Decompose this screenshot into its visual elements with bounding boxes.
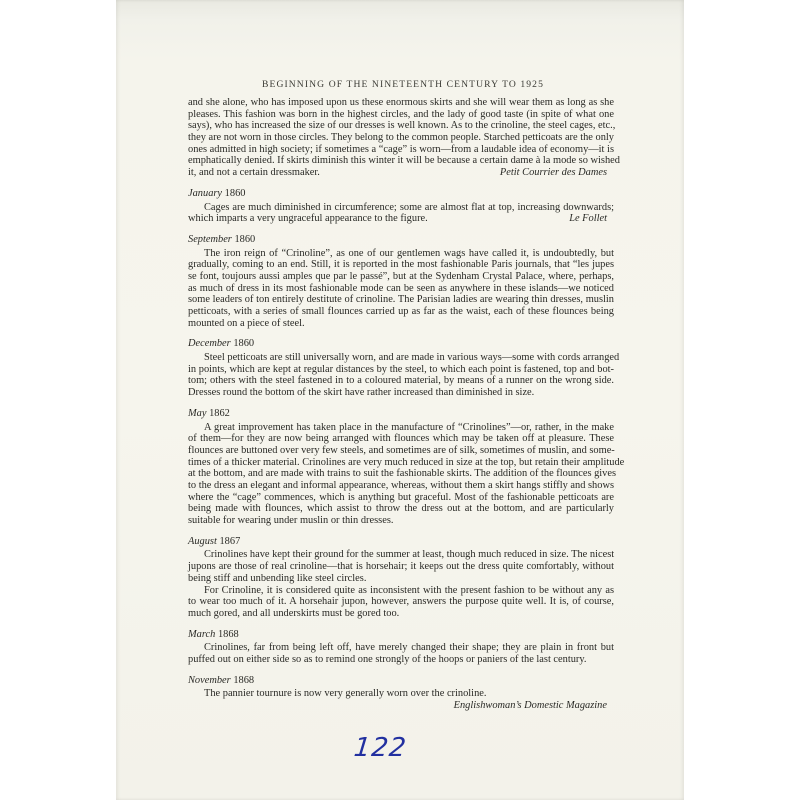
entry-year: 1860 <box>234 234 255 245</box>
text-line: suitable for wearing under muslin or thi… <box>188 515 614 527</box>
text-line: The iron reign of “Crinoline”, as one of… <box>188 248 614 260</box>
entry-month: December <box>188 338 231 349</box>
text-line: mounted on a piece of steel. <box>188 318 614 330</box>
entry-date: August 1867 <box>188 536 614 548</box>
text-line: ones admitted in high society; if someti… <box>188 144 614 156</box>
text-fragment: it, and not a certain dressmaker. <box>188 167 320 178</box>
text-line: flounces are buttoned over very few stee… <box>188 445 614 457</box>
entry-date: November 1868 <box>188 675 614 687</box>
text-line: to wear too much of it. A horsehair jupo… <box>188 596 614 608</box>
text-line: at the bottom, and are made with trains … <box>188 468 614 480</box>
text-line: and she alone, who has imposed upon us t… <box>188 97 614 109</box>
entry-date: March 1868 <box>188 629 614 641</box>
text-line: to the dress an elegant and informal app… <box>188 480 614 492</box>
text-line: Cages are much diminished in circumferen… <box>188 202 614 214</box>
entry-paragraph: Steel petticoats are still universally w… <box>188 352 614 399</box>
entry-date: May 1862 <box>188 408 614 420</box>
text-line: says), who has increased the size of our… <box>188 120 614 132</box>
entry-month: January <box>188 188 222 199</box>
entry-year: 1867 <box>219 536 240 547</box>
text-line: it, and not a certain dressmaker. Petit … <box>188 167 614 179</box>
text-line: petticoats, with a series of small floun… <box>188 306 614 318</box>
text-line: For Crinoline, it is considered quite as… <box>188 585 614 597</box>
text-line: tom; others with the steel fastened in t… <box>188 375 614 387</box>
entry-month: March <box>188 629 215 640</box>
handwritten-page-number: 122 <box>352 733 408 763</box>
entry-date: December 1860 <box>188 338 614 350</box>
entry-year: 1860 <box>225 188 246 199</box>
text-line: they are not worn in those circles. They… <box>188 132 614 144</box>
entry-paragraph: The pannier tournure is now very general… <box>188 688 614 711</box>
entry-year: 1862 <box>209 408 230 419</box>
text-fragment: which imparts a very ungraceful appearan… <box>188 213 428 224</box>
text-line: pleases. This fashion was born in the hi… <box>188 109 614 121</box>
text-line: being made with flounces, which assist t… <box>188 503 614 515</box>
text-line: Dresses round the bottom of the skirt ha… <box>188 387 614 399</box>
text-line: se font, toujours aussi amples que par l… <box>188 271 614 283</box>
entry-paragraph: Crinolines, far from being left off, hav… <box>188 642 614 665</box>
attribution: Englishwoman’s Domestic Magazine <box>188 700 614 712</box>
text-line: gradually, coming to an end. Still, it i… <box>188 259 614 271</box>
entry-paragraph: For Crinoline, it is considered quite as… <box>188 585 614 620</box>
entry-paragraph: Crinolines have kept their ground for th… <box>188 549 614 584</box>
entry-paragraph: Cages are much diminished in circumferen… <box>188 202 614 225</box>
text-line: jupons are those of real crinoline—that … <box>188 561 614 573</box>
attribution: Le Follet <box>569 213 614 225</box>
entry-paragraph: A great improvement has taken place in t… <box>188 422 614 527</box>
text-line: which imparts a very ungraceful appearan… <box>188 213 614 225</box>
text-line: Crinolines, far from being left off, hav… <box>188 642 614 654</box>
entry-date: January 1860 <box>188 188 614 200</box>
entry-month: November <box>188 675 231 686</box>
text-line: much gored, and all underskirts must be … <box>188 608 614 620</box>
text-line: emphatically denied. If skirts diminish … <box>188 155 614 167</box>
intro-paragraph: and she alone, who has imposed upon us t… <box>188 97 614 179</box>
text-line: some leaders of ton entirely destitute o… <box>188 294 614 306</box>
entry-year: 1868 <box>218 629 239 640</box>
text-line: being stiff and unbending like steel cir… <box>188 573 614 585</box>
page-content: BEGINNING OF THE NINETEENTH CENTURY TO 1… <box>188 78 614 712</box>
document-page: BEGINNING OF THE NINETEENTH CENTURY TO 1… <box>116 0 684 800</box>
text-line: Steel petticoats are still universally w… <box>188 352 614 364</box>
text-line: as much of dress in its most fashionable… <box>188 283 614 295</box>
attribution: Petit Courrier des Dames <box>500 167 614 179</box>
text-line: A great improvement has taken place in t… <box>188 422 614 434</box>
entry-year: 1868 <box>233 675 254 686</box>
text-line: Crinolines have kept their ground for th… <box>188 549 614 561</box>
text-line: times of a thicker material. Crinolines … <box>188 457 614 469</box>
running-head: BEGINNING OF THE NINETEENTH CENTURY TO 1… <box>188 78 614 94</box>
text-line: puffed out on either side so as to remin… <box>188 654 614 666</box>
text-line: where the “cage” commences, which is any… <box>188 492 614 504</box>
entry-year: 1860 <box>233 338 254 349</box>
entry-month: August <box>188 536 217 547</box>
text-line: in points, which are kept at regular dis… <box>188 364 614 376</box>
entry-month: September <box>188 234 232 245</box>
entry-date: September 1860 <box>188 234 614 246</box>
text-line: of them—for they are now being arranged … <box>188 433 614 445</box>
text-line: The pannier tournure is now very general… <box>188 688 614 700</box>
entry-month: May <box>188 408 206 419</box>
entry-paragraph: The iron reign of “Crinoline”, as one of… <box>188 248 614 330</box>
